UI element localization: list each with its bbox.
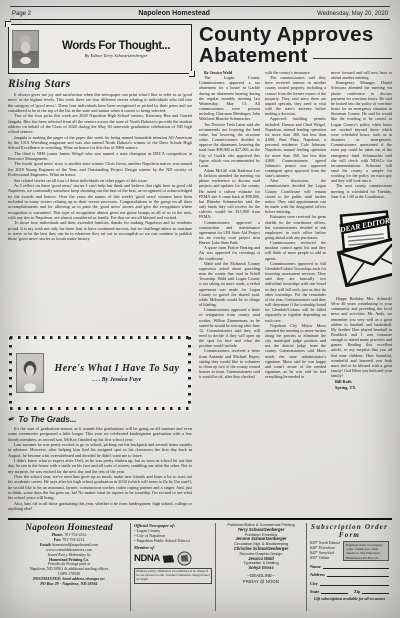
- ornament-border: [188, 337, 191, 409]
- article-paragraph: The fourth 'good news' story is another …: [8, 161, 192, 177]
- article-paragraph: It always gives me joy and satisfaction …: [8, 92, 192, 113]
- masthead-title: Napoleon Homestead: [11, 523, 127, 533]
- article-paragraph: Jangula is making the pages of the paper…: [8, 135, 192, 151]
- page-number: Page 2: [12, 11, 31, 17]
- official-newspaper-section: Official Newspaper of: --Logan County --…: [130, 523, 215, 611]
- article-paragraph: Estimates were received for germ shields…: [265, 214, 326, 240]
- article-paragraph: Wald said the McIntosh County supervisor…: [199, 261, 260, 307]
- county-column-2: with the county's insurance. The commiss…: [265, 70, 326, 516]
- newspaper-title: Napoleon Homestead: [138, 10, 210, 17]
- article-paragraph: The Logan County Commissioners approved …: [199, 75, 260, 121]
- ornament-border: [10, 336, 190, 339]
- address-field: Address: [310, 572, 389, 577]
- subscription-prices: $30* North Dakota $40* Elsewhere $42* Sn…: [310, 541, 340, 561]
- words-for-thought-byline: By Editor Terry Schwartzenberger: [43, 53, 189, 58]
- ornament-border: [10, 407, 190, 410]
- heres-what-box: Here's What I Have To Say . . . By Jessi…: [8, 335, 192, 411]
- issue-date: Wednesday, May 20, 2020: [317, 11, 388, 17]
- headline-rule: [313, 57, 392, 59]
- ndna-logo: NDNA: [134, 553, 160, 564]
- article-paragraph: As I reflect on these 'good news' storie…: [8, 183, 192, 220]
- article-paragraph: Commissioners received a letter from Ama…: [199, 348, 260, 379]
- editorial-pane: Words For Thought... By Editor Terry Sch…: [8, 24, 192, 543]
- article-paragraph: The commissioners said they have receive…: [265, 75, 326, 116]
- rising-stars-heading: Rising Stars: [8, 78, 192, 90]
- price-item: $35* Online: [310, 556, 340, 561]
- article-paragraph: Over the school year, we've seen him gro…: [8, 474, 192, 501]
- article-paragraph: Commissioners approved to bill Glendale/…: [265, 261, 326, 323]
- headline-line2: Abatement: [199, 45, 308, 66]
- article-paragraph: Napoleon City Mayor Moos attended the me…: [265, 323, 326, 380]
- article-paragraph: The third is NHS junior James Weigel who…: [8, 151, 192, 162]
- article-paragraph: To those four individuals and their exte…: [8, 220, 192, 241]
- header-rule: [10, 19, 390, 20]
- dear-editor-icon: DEAR EDITOR: [331, 207, 392, 287]
- staff-section: Publisher/Editor & Commercial Printing T…: [215, 523, 306, 611]
- article-paragraph: Last summer he was pretty excited to go …: [8, 442, 192, 458]
- county-column-3: move forward and will now have to attend…: [331, 70, 392, 516]
- gift-note: Gift subscriptions available for all occ…: [310, 597, 389, 601]
- masthead-contact: Napoleon Homestead Phone: 701-754-2212 F…: [8, 523, 130, 611]
- masthead-footer: Napoleon Homestead Phone: 701-754-2212 F…: [8, 518, 392, 611]
- editor-photo: [12, 30, 39, 68]
- county-article: County Approves Abatement By Jessica Wal…: [199, 24, 392, 543]
- subscription-form: Subscription Order Form $30* North Dakot…: [306, 523, 392, 611]
- member-of-label: Member of: [134, 545, 212, 550]
- dear-editor-graphic: DEAR EDITOR: [331, 207, 392, 292]
- article-paragraph: Emergency Manager, Daniel Schwartz atten…: [331, 80, 392, 183]
- county-headline: County Approves Abatement: [199, 24, 392, 66]
- article-paragraph: Also, hats off to all those graduating t…: [8, 501, 192, 512]
- city-field: City: [310, 581, 389, 586]
- article-paragraph: Approved building permits included: Damo…: [265, 116, 326, 178]
- obituary-policy: Obituary policy: Obituaries are publishe…: [134, 568, 212, 584]
- article-paragraph: Commissioners approved a construction an…: [199, 220, 260, 246]
- deadline-time: FRIDAY @ NOON: [219, 579, 303, 584]
- article-paragraph: The next county commissioner meeting is …: [331, 183, 392, 198]
- state-zip-field: State Zip: [310, 589, 389, 594]
- postmaster-line2: PO Box 29 - Napoleon, ND 58561: [11, 582, 127, 587]
- deadline-label: --DEADLINE--: [219, 573, 303, 578]
- rising-stars-article: Rising Stars It always gives me joy and …: [8, 78, 192, 330]
- letter-signature-name: Bill Roth: [335, 379, 392, 384]
- article-paragraph: move forward and will now have to attend…: [331, 70, 392, 80]
- headline-line1: County Approves: [199, 24, 392, 45]
- seal-icon: [177, 551, 192, 566]
- article-paragraph: Commissioners approved a letter of resig…: [199, 307, 260, 348]
- name-field: Name: [310, 564, 389, 569]
- article-paragraph: I didn't know what to expect after I lef…: [8, 458, 192, 474]
- ornament-border: [9, 337, 12, 409]
- heres-what-title: Here's What I Have To Say: [50, 363, 184, 374]
- article-paragraph: A quote from Prairie Heating and Air was…: [199, 245, 260, 260]
- article-paragraph: Adam McGill with Kadrmas Lee & Jackson a…: [199, 168, 260, 220]
- payment-note: Payment must accompany order. Thank you.…: [343, 541, 389, 561]
- article-paragraph: After discussion, the commissioners deci…: [265, 178, 326, 214]
- to-the-grads-heading: To The Grads...: [19, 415, 77, 424]
- quill-icon: ✒: [8, 415, 17, 425]
- county-column-1: By Jessica Wald The Logan County Commiss…: [199, 70, 260, 516]
- official-item: --Napoleon Public School District: [134, 538, 212, 543]
- subscription-title: Subscription Order Form: [310, 523, 389, 539]
- letter-text: Happy Birthday Mrs. Schmidt! Wow 46 year…: [331, 296, 392, 379]
- page-header: Page 2 Napoleon Homestead Wednesday, May…: [10, 6, 390, 19]
- columnist-photo: [16, 353, 44, 393]
- staff-name: Sonya Gross: [219, 566, 303, 571]
- newspaper-page: Page 2 Napoleon Homestead Wednesday, May…: [0, 0, 400, 618]
- nd-map-icon: [162, 554, 175, 564]
- article-paragraph: Tax Director Trish Laine said she recomm…: [199, 122, 260, 168]
- article-paragraph: It's the start of graduation season, as …: [8, 426, 192, 442]
- letter-signature-location: Spring, TX: [335, 385, 392, 390]
- words-for-thought-box: Words For Thought... By Editor Terry Sch…: [8, 24, 192, 74]
- letter-to-editor: Happy Birthday Mrs. Schmidt! Wow 46 year…: [331, 296, 392, 391]
- article-paragraph: Commissioners reviewed the muskrat contr…: [265, 240, 326, 261]
- article-paragraph: Two of the four picks this week are 2020…: [8, 113, 192, 134]
- words-for-thought-title: Words For Thought...: [43, 40, 189, 52]
- heres-what-byline: . . . By Jessica Faye: [50, 377, 184, 383]
